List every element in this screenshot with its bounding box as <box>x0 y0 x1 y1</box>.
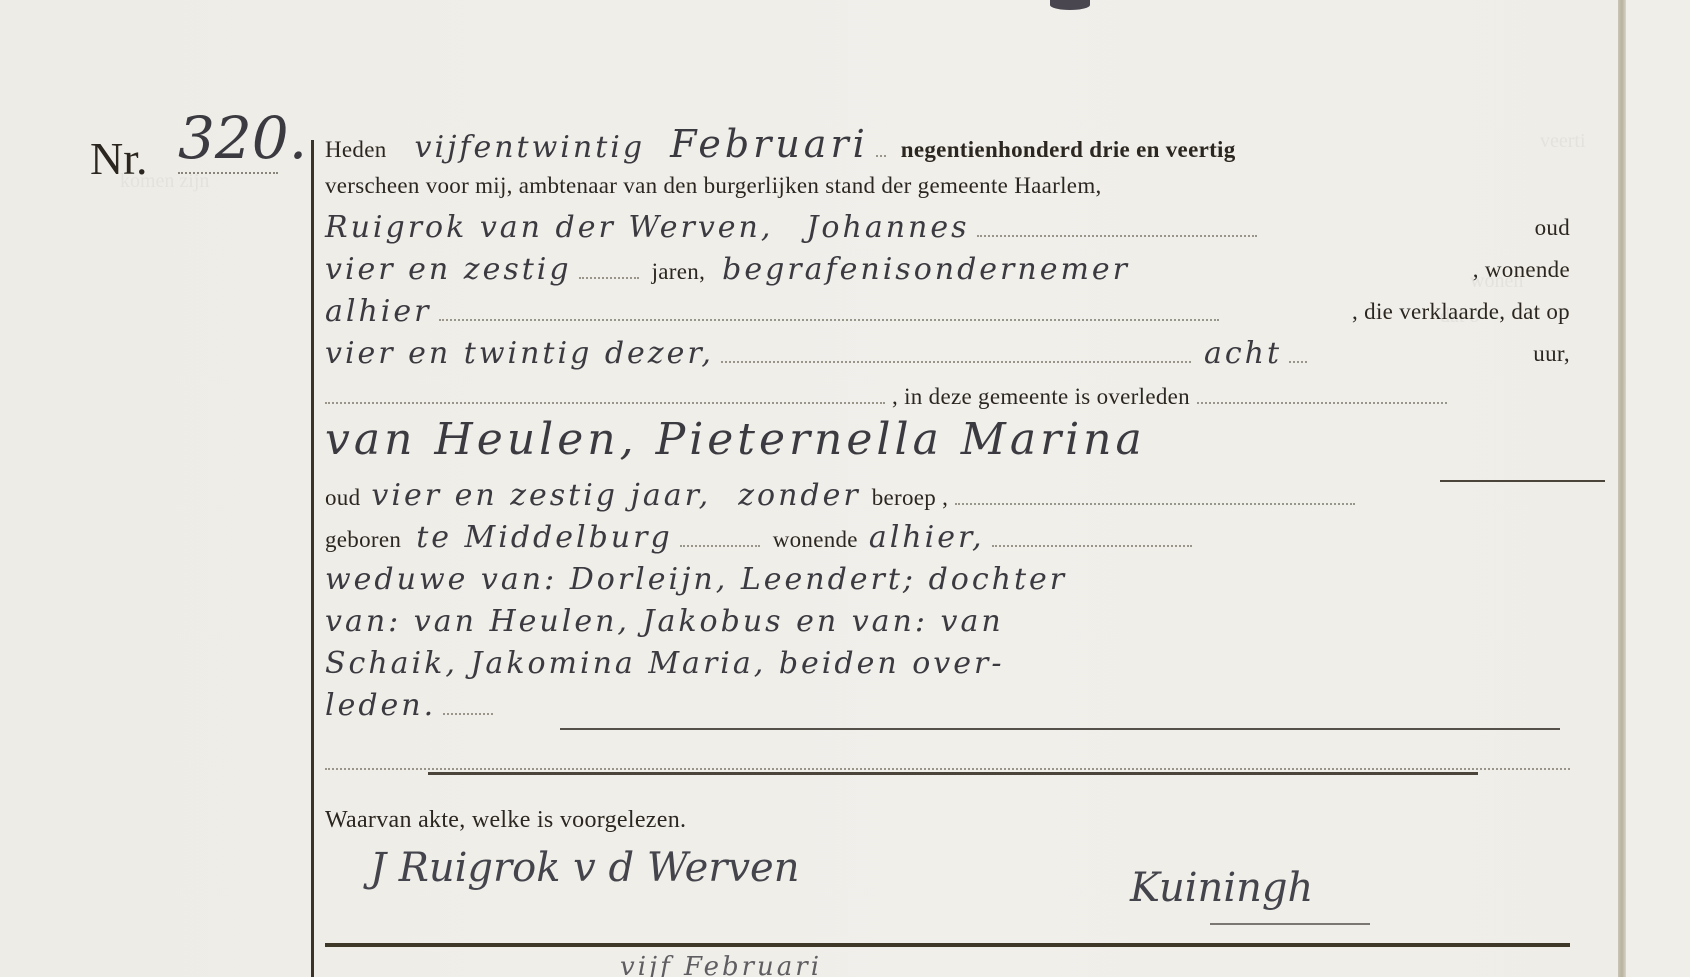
line-relations-2: van: van Heulen, Jakobus en van: van <box>325 602 1570 642</box>
document-page: komen zijn veerti wonen dat o Nr. 320. H… <box>0 0 1620 977</box>
handwritten-month: Februari <box>670 122 869 166</box>
printed-oud: oud <box>1535 208 1570 248</box>
printed-beroep: beroep , <box>872 485 948 510</box>
fill-line <box>560 728 1560 730</box>
handwritten-death-day: vier en twintig dezer, <box>325 336 714 371</box>
handwritten-father: van: van Heulen, Jakobus en van: van <box>325 604 1004 639</box>
line-appeared: verscheen voor mij, ambtenaar van den bu… <box>325 166 1570 206</box>
printed-declared: , die verklaarde, dat op <box>1352 292 1570 332</box>
entry-separator <box>325 943 1570 947</box>
line-closing: Waarvan akte, welke is voorgelezen. <box>325 800 1570 840</box>
printed-geboren: geboren <box>325 527 401 552</box>
record-number-label: Nr. <box>90 132 148 185</box>
line-deceased-name: van Heulen, Pieternella Marina <box>325 420 1570 470</box>
record-number-value: 320. <box>178 104 278 174</box>
printed-year: negentienhonderd drie en veertig <box>901 137 1236 162</box>
handwritten-deceased-name: van Heulen, Pieternella Marina <box>325 414 1146 465</box>
signature-underline <box>1210 923 1370 925</box>
printed-wonende: , wonende <box>1473 250 1570 290</box>
signature-declarant: J Ruigrok v d Werven <box>370 845 800 891</box>
fill-line <box>428 772 1478 775</box>
handwritten-occupation: begrafenisondernemer <box>722 252 1130 287</box>
handwritten-mother: Schaik, Jakomina Maria, beiden over- <box>325 646 1004 681</box>
next-entry-fragment: vijf Februari <box>620 952 822 977</box>
line-relations-1: weduwe van: Dorleijn, Leendert; dochter <box>325 560 1570 600</box>
handwritten-birthplace: te Middelburg <box>416 520 673 555</box>
line-declarant-residence: alhier , die verklaarde, dat op <box>325 292 1570 332</box>
printed-jaren: jaren, <box>652 259 706 284</box>
line-death-day: vier en twintig dezer, acht uur, <box>325 334 1570 374</box>
handwritten-deceased-age: vier en zestig jaar, <box>371 478 711 513</box>
handwritten-declarant-surname: Ruigrok van der Werven, <box>325 210 773 245</box>
margin-rule <box>311 140 314 977</box>
handwritten-hour: acht <box>1204 336 1282 371</box>
line-deceased-age: oud vier en zestig jaar, zonder beroep , <box>325 476 1570 516</box>
handwritten-deceased-residence: alhier, <box>869 520 985 555</box>
handwritten-deceased-note: leden. <box>325 688 436 723</box>
printed-closing: Waarvan akte, welke is voorgelezen. <box>325 807 686 833</box>
line-deceased-intro: , in deze gemeente is overleden <box>325 376 1570 416</box>
line-declarant-name: Ruigrok van der Werven, Johannes oud <box>325 208 1570 248</box>
handwritten-deceased-occupation: zonder <box>738 478 861 513</box>
page-fold <box>1618 0 1626 977</box>
line-date: Heden vijfentwintig Februari negentienho… <box>325 124 1570 164</box>
printed-appeared: verscheen voor mij, ambtenaar van den bu… <box>325 173 1102 198</box>
printed-heden: Heden <box>325 137 387 162</box>
printed-oud: oud <box>325 485 360 510</box>
printed-uur: uur, <box>1533 334 1570 374</box>
line-declarant-age: vier en zestig jaren, begrafenisondernem… <box>325 250 1570 290</box>
handwritten-residence: alhier <box>325 294 432 329</box>
facing-page <box>1626 0 1690 977</box>
signature-registrar: Kuiningh <box>1130 865 1313 911</box>
ink-blot <box>1050 0 1090 10</box>
printed-overleden: , in deze gemeente is overleden <box>892 384 1190 409</box>
dotted-line <box>325 768 1570 770</box>
line-birthplace: geboren te Middelburg wonende alhier, <box>325 518 1570 558</box>
handwritten-widow-of: weduwe van: Dorleijn, Leendert; dochter <box>325 562 1067 597</box>
handwritten-declarant-age: vier en zestig <box>325 252 572 287</box>
printed-wonende: wonende <box>773 527 858 552</box>
handwritten-day: vijfentwintig <box>415 130 646 165</box>
line-relations-3: Schaik, Jakomina Maria, beiden over- <box>325 644 1570 684</box>
line-relations-4: leden. <box>325 686 1570 726</box>
handwritten-declarant-firstname: Johannes <box>806 210 969 245</box>
